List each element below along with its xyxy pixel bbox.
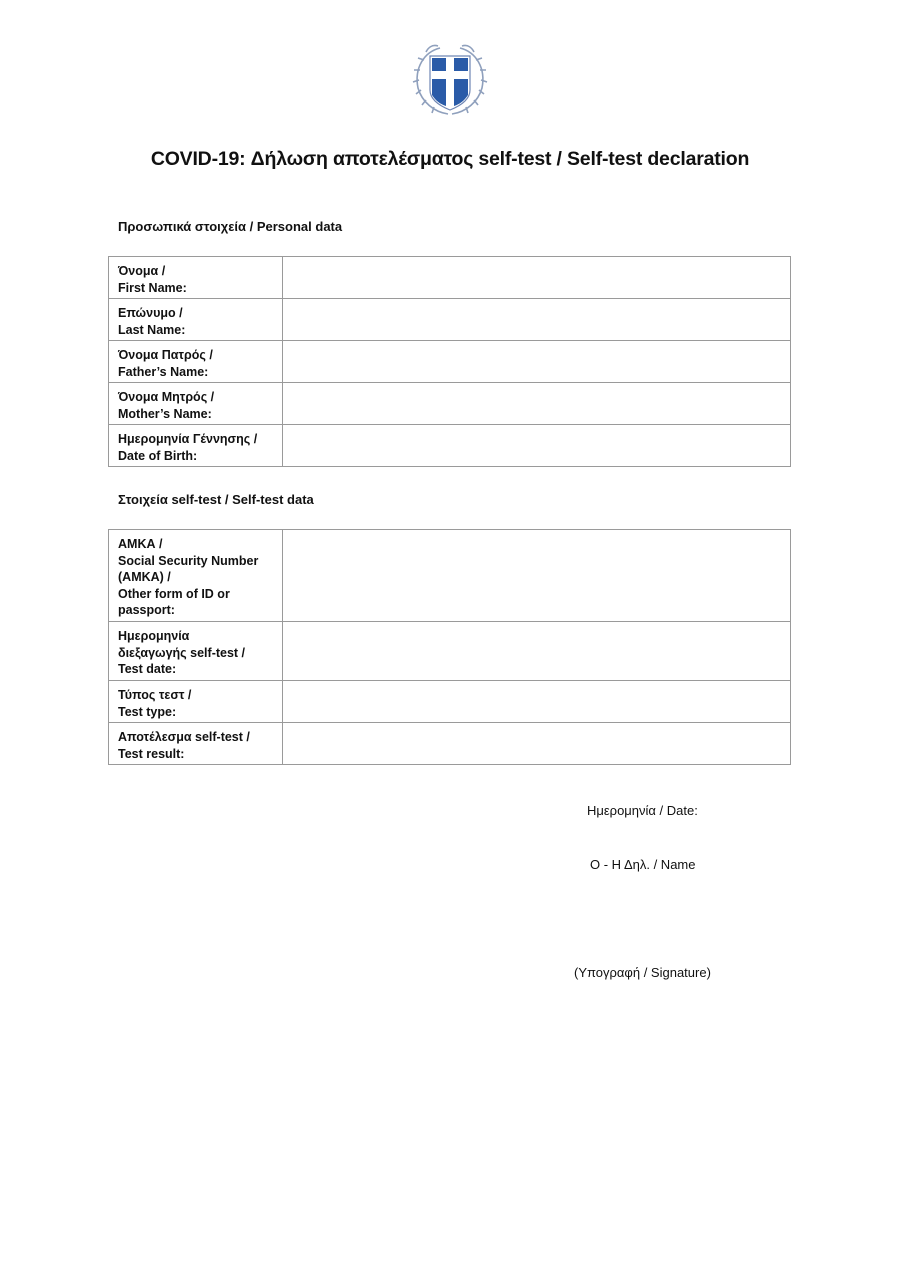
date-of-birth-field[interactable]: [283, 425, 791, 467]
amka-field[interactable]: [283, 530, 791, 622]
signature-label: (Υπογραφή / Signature): [574, 965, 711, 980]
table-row: Ημερομηνία Γέννησης / Date of Birth:: [109, 425, 791, 467]
date-of-birth-label: Ημερομηνία Γέννησης / Date of Birth:: [109, 425, 283, 467]
mothers-name-label: Όνομα Μητρός / Mother’s Name:: [109, 383, 283, 425]
table-row: Αποτέλεσμα self-test / Test result:: [109, 723, 791, 765]
page-title: COVID-19: Δήλωση αποτελέσματος self-test…: [0, 148, 900, 171]
greek-coat-of-arms-icon: [410, 40, 490, 120]
fathers-name-label: Όνομα Πατρός / Father’s Name:: [109, 341, 283, 383]
personal-data-table: Όνομα / First Name: Επώνυμο / Last Name:…: [108, 256, 791, 467]
fathers-name-field[interactable]: [283, 341, 791, 383]
test-result-label: Αποτέλεσμα self-test / Test result:: [109, 723, 283, 765]
date-label: Ημερομηνία / Date:: [587, 803, 698, 818]
test-type-label: Τύπος τεστ / Test type:: [109, 681, 283, 723]
table-row: Όνομα Πατρός / Father’s Name:: [109, 341, 791, 383]
test-date-label: Ημερομηνία διεξαγωγής self-test / Test d…: [109, 622, 283, 681]
self-test-data-table: ΑΜΚΑ / Social Security Number (AMKA) / O…: [108, 529, 791, 765]
table-row: ΑΜΚΑ / Social Security Number (AMKA) / O…: [109, 530, 791, 622]
test-type-field[interactable]: [283, 681, 791, 723]
last-name-label: Επώνυμο / Last Name:: [109, 299, 283, 341]
self-test-data-heading: Στοιχεία self-test / Self-test data: [118, 492, 314, 507]
table-row: Επώνυμο / Last Name:: [109, 299, 791, 341]
declarant-name-label: Ο - Η Δηλ. / Name: [590, 857, 696, 872]
table-row: Όνομα Μητρός / Mother’s Name:: [109, 383, 791, 425]
table-row: Όνομα / First Name:: [109, 257, 791, 299]
last-name-field[interactable]: [283, 299, 791, 341]
first-name-field[interactable]: [283, 257, 791, 299]
test-result-field[interactable]: [283, 723, 791, 765]
table-row: Τύπος τεστ / Test type:: [109, 681, 791, 723]
table-row: Ημερομηνία διεξαγωγής self-test / Test d…: [109, 622, 791, 681]
mothers-name-field[interactable]: [283, 383, 791, 425]
test-date-field[interactable]: [283, 622, 791, 681]
first-name-label: Όνομα / First Name:: [109, 257, 283, 299]
amka-label: ΑΜΚΑ / Social Security Number (AMKA) / O…: [109, 530, 283, 622]
personal-data-heading: Προσωπικά στοιχεία / Personal data: [118, 219, 342, 234]
